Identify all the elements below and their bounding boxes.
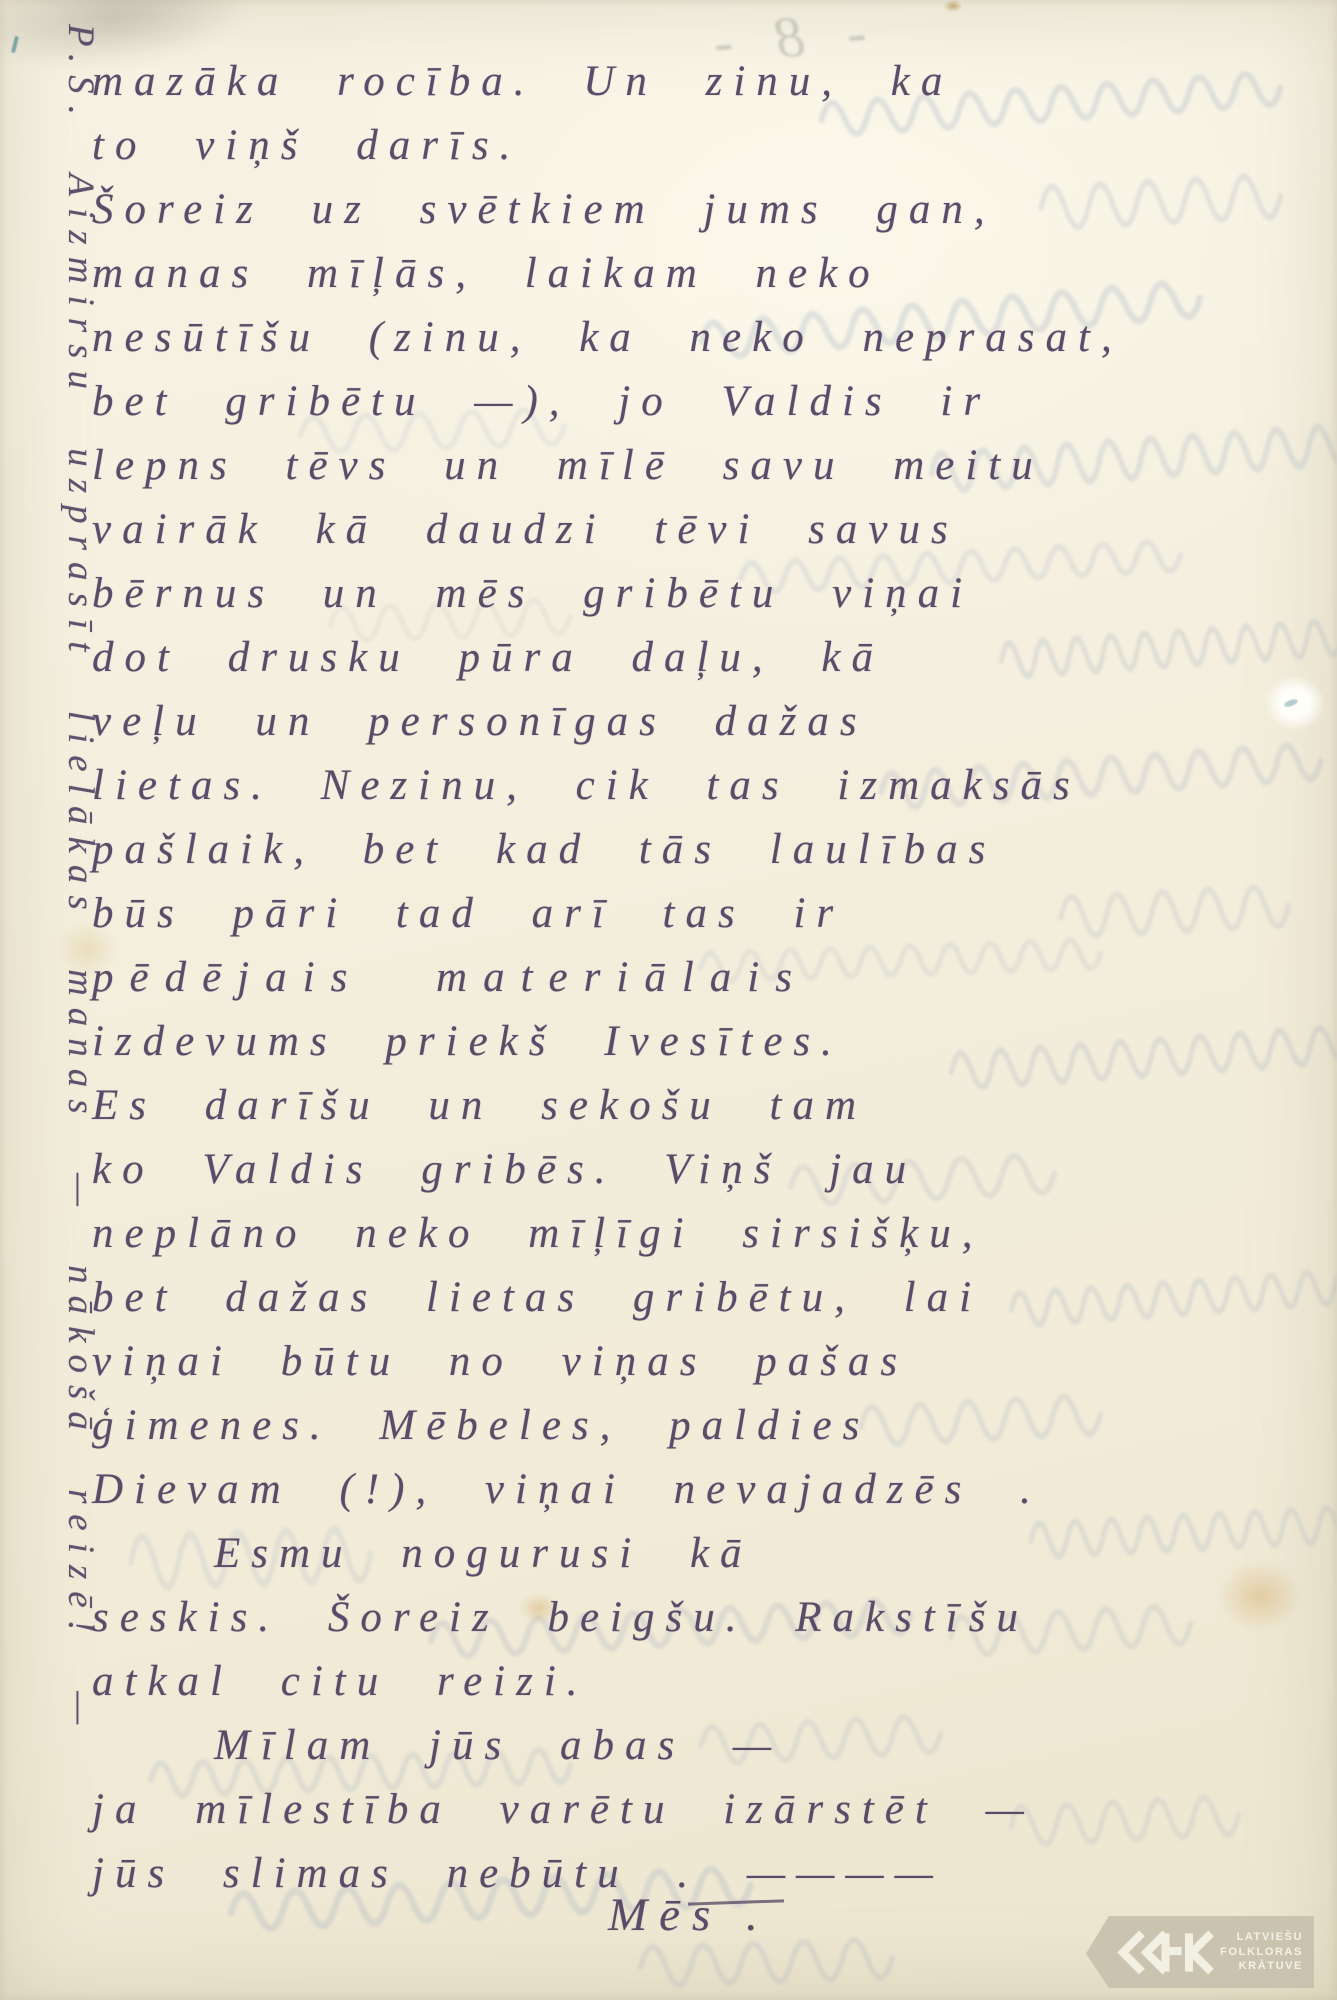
letter-page: - 8 - P.S. Aizmirsu uzprasīt lielākas ma… (0, 0, 1337, 2000)
lfk-org-line: KRĀTUVE (1214, 1959, 1303, 1974)
handwritten-line: Šoreiz uz svētkiem jums gan, (92, 178, 1123, 242)
lfk-org-name: LATVIEŠU FOLKLORAS KRĀTUVE (1214, 1930, 1314, 1974)
handwritten-line: izdevums priekš Ivesītes. (92, 1010, 1123, 1074)
closing-signature: Mēs . (608, 1888, 770, 1942)
handwritten-line: to viņš darīs. (92, 114, 1123, 178)
handwritten-line: viņai būtu no viņas pašas (92, 1330, 1123, 1394)
handwritten-line: manas mīļās, laikam neko (92, 242, 1123, 306)
handwritten-line: seskis. Šoreiz beigšu. Rakstīšu (92, 1586, 1123, 1650)
lfk-logo-icon (1114, 1929, 1214, 1976)
lfk-watermark-badge: LATVIEŠU FOLKLORAS KRĀTUVE (1086, 1916, 1314, 1988)
handwritten-line: bet dažas lietas gribētu, lai (92, 1266, 1123, 1330)
lfk-org-line: LATVIEŠU (1214, 1930, 1303, 1945)
handwritten-line: mazāka rocība. Un zinu, ka (92, 50, 1123, 114)
handwritten-line: veļu un personīgas dažas (92, 690, 1123, 754)
letter-body: mazāka rocība. Un zinu, ka to viņš darīs… (92, 50, 1123, 1906)
handwritten-line: būs pāri tad arī tas ir (92, 882, 1123, 946)
handwritten-line: nesūtīšu (zinu, ka neko neprasat, (92, 306, 1123, 370)
handwritten-line: dot drusku pūra daļu, kā (92, 626, 1123, 690)
handwritten-line: ja mīlestība varētu izārstēt — (92, 1778, 1123, 1842)
handwritten-line: bērnus un mēs gribētu viņai (92, 562, 1123, 626)
handwritten-line: lepns tēvs un mīlē savu meitu (92, 434, 1123, 498)
handwritten-line: lietas. Nezinu, cik tas izmaksās (92, 754, 1123, 818)
handwritten-line: vairāk kā daudzi tēvi savus (92, 498, 1123, 562)
handwritten-line: Dievam (!), viņai nevajadzēs . (92, 1458, 1123, 1522)
handwritten-line: atkal citu reizi. (92, 1650, 1123, 1714)
handwritten-line: ģimenes. Mēbeles, paldies (92, 1394, 1123, 1458)
handwritten-line: Esmu nogurusi kā (92, 1522, 1123, 1586)
handwritten-line: ko Valdis gribēs. Viņš jau (92, 1138, 1123, 1202)
handwritten-line: pašlaik, bet kad tās laulības (92, 818, 1123, 882)
handwritten-line: pēdējais materiālais (92, 946, 1123, 1010)
handwritten-line: bet gribētu —), jo Valdis ir (92, 370, 1123, 434)
handwritten-line: neplāno neko mīļīgi sirsišķu, (92, 1202, 1123, 1266)
lfk-org-line: FOLKLORAS (1214, 1945, 1303, 1960)
handwritten-line: Mīlam jūs abas — (92, 1714, 1123, 1778)
handwritten-line: Es darīšu un sekošu tam (92, 1074, 1123, 1138)
